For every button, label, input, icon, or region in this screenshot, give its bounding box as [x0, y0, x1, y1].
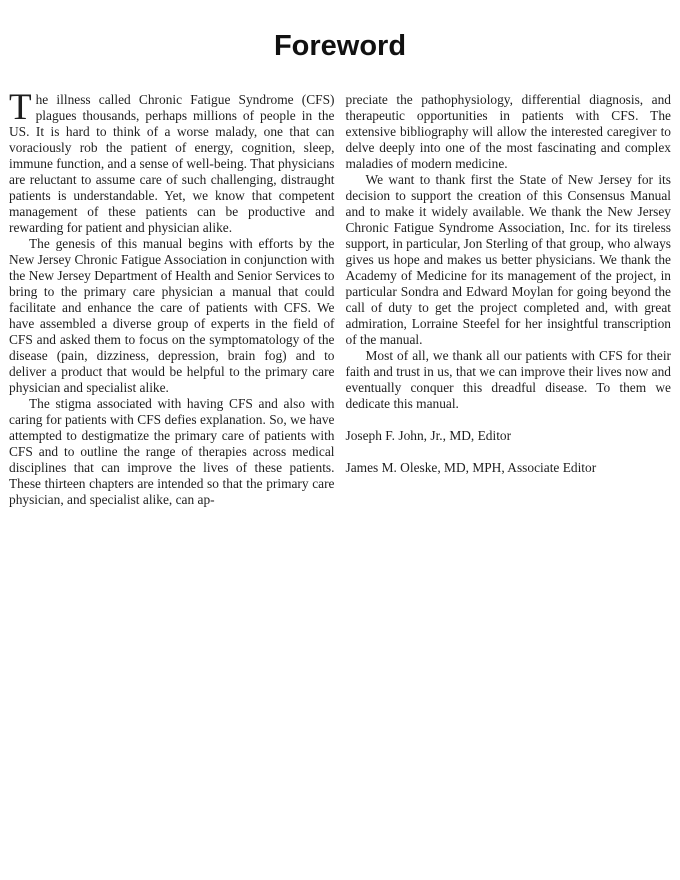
drop-cap: T: [9, 92, 36, 122]
two-column-body: The illness called Chronic Fatigue Syndr…: [0, 92, 680, 508]
paragraph-genesis: The genesis of this manual begins with e…: [9, 236, 335, 396]
paragraph-stigma-continued: preciate the pathophysiology, differenti…: [346, 92, 672, 172]
document-page: Foreword The illness called Chronic Fati…: [0, 0, 680, 880]
left-column: The illness called Chronic Fatigue Syndr…: [9, 92, 335, 508]
page-title: Foreword: [0, 0, 680, 61]
paragraph-text: he illness called Chronic Fatigue Syndro…: [9, 92, 335, 235]
signature-editor: Joseph F. John, Jr., MD, Editor: [346, 428, 672, 444]
signature-associate-editor: James M. Oleske, MD, MPH, Associate Edit…: [346, 460, 672, 476]
paragraph-stigma: The stigma associated with having CFS an…: [9, 396, 335, 508]
paragraph-dedication: Most of all, we thank all our patients w…: [346, 348, 672, 412]
paragraph-acknowledgements: We want to thank first the State of New …: [346, 172, 672, 348]
right-column: preciate the pathophysiology, differenti…: [346, 92, 672, 508]
paragraph-illness-intro: The illness called Chronic Fatigue Syndr…: [9, 92, 335, 236]
